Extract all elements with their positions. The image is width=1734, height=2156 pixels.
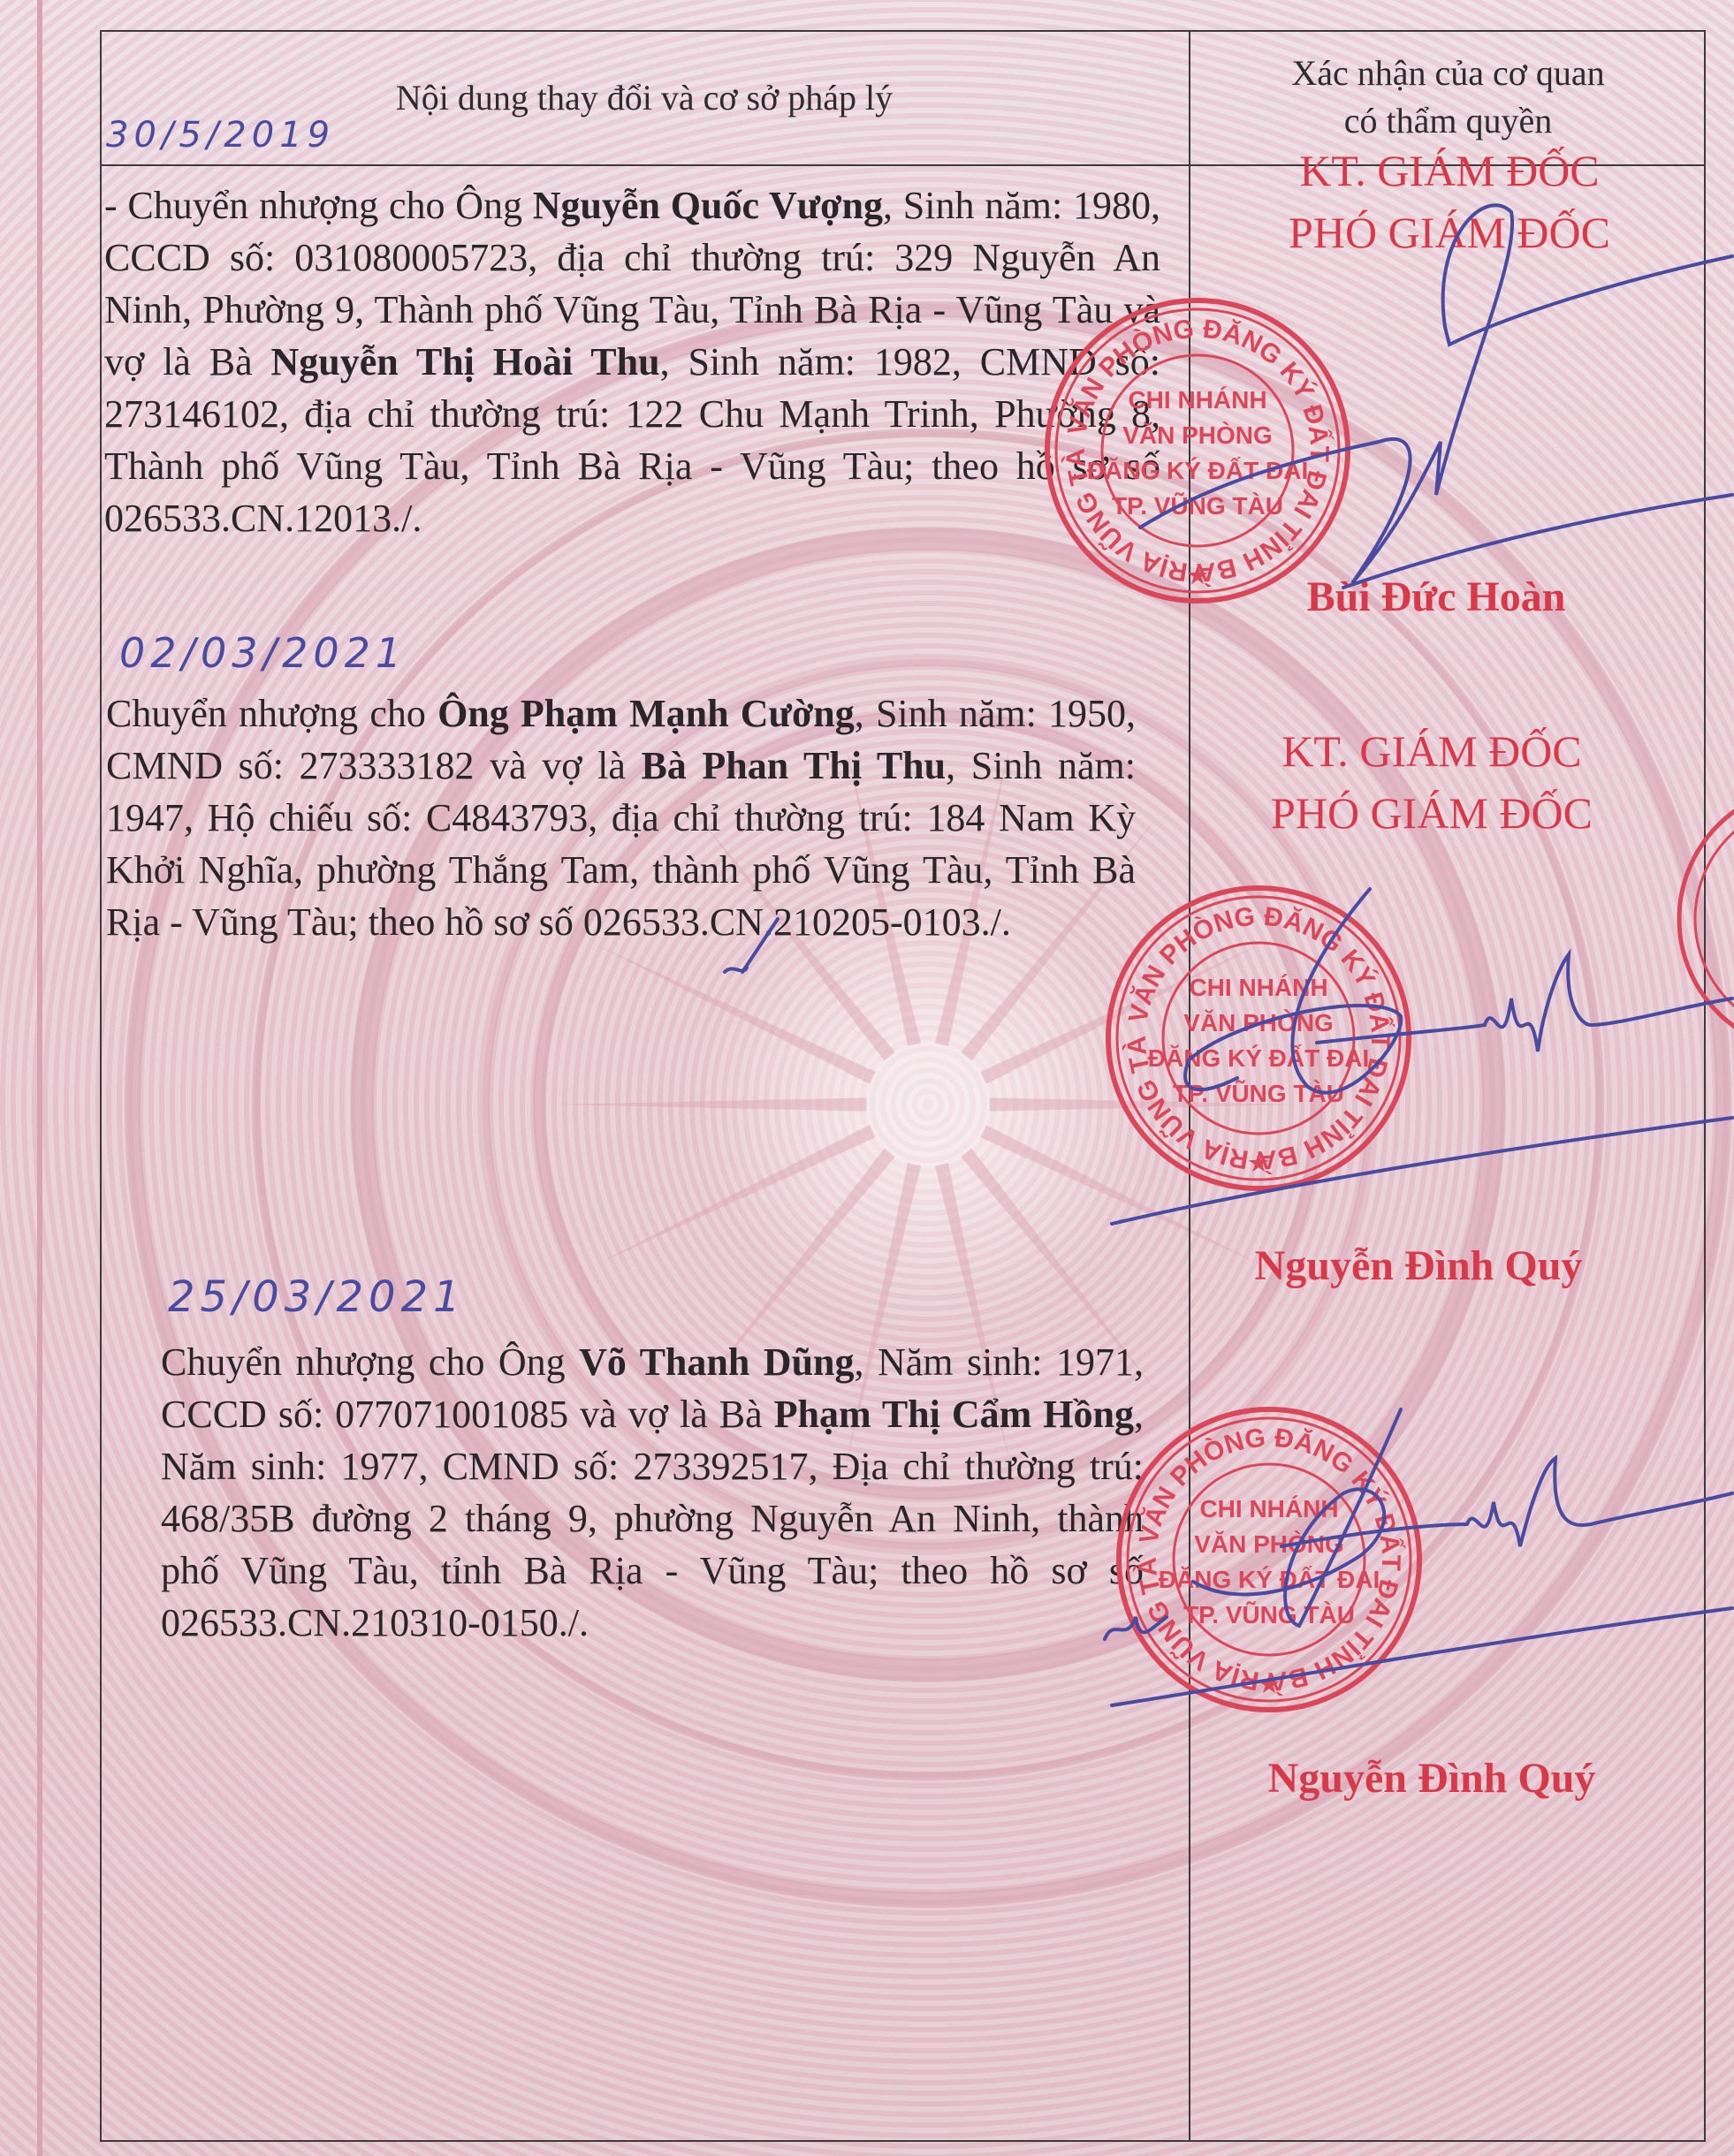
person-name: Nguyễn Quốc Vượng	[533, 184, 883, 227]
entry-text-segment: Chuyển nhượng cho Ông	[161, 1340, 579, 1384]
handwritten-date-2: 02/03/2021	[119, 629, 407, 677]
person-name: Phạm Thị Cẩm Hồng	[774, 1393, 1134, 1436]
person-name: Nguyễn Thị Hoài Thu	[271, 340, 660, 383]
confirmation-1-signer: Bùi Đức Hoàn	[1202, 573, 1670, 621]
header-right-line1: Xác nhận của cơ quan	[1291, 49, 1604, 97]
person-name: Võ Thanh Dũng	[579, 1340, 854, 1384]
confirmation-2-title1: KT. GIÁM ĐỐC	[1202, 720, 1662, 782]
person-name: Ông Phạm Mạnh Cường	[437, 692, 855, 735]
entry-2-text: Chuyển nhượng cho Ông Phạm Mạnh Cường, S…	[106, 687, 1136, 948]
confirmation-1-title1: KT. GIÁM ĐỐC	[1202, 140, 1697, 201]
confirmation-3-signer: Nguyễn Đình Quý	[1224, 1754, 1639, 1803]
page-edge-border	[37, 0, 42, 2156]
confirmation-1-title2: PHÓ GIÁM ĐỐC	[1202, 201, 1697, 263]
confirmation-1-title: KT. GIÁM ĐỐC PHÓ GIÁM ĐỐC	[1202, 140, 1697, 263]
entry-1-text: - Chuyển nhượng cho Ông Nguyễn Quốc Vượn…	[104, 179, 1160, 544]
header-right-line2: có thẩm quyền	[1344, 97, 1553, 145]
column-divider	[1189, 30, 1190, 2142]
confirmation-2-title2: PHÓ GIÁM ĐỐC	[1202, 782, 1662, 844]
entry-text-segment: Chuyển nhượng cho	[106, 692, 437, 735]
confirmation-2-signer: Nguyễn Đình Quý	[1211, 1241, 1626, 1290]
entry-text-segment: - Chuyển nhượng cho Ông	[104, 184, 533, 227]
entry-3-text: Chuyển nhượng cho Ông Võ Thanh Dũng, Năm…	[161, 1336, 1144, 1649]
handwritten-date-1: 30/5/2019	[106, 115, 335, 156]
confirmation-2-title: KT. GIÁM ĐỐC PHÓ GIÁM ĐỐC	[1202, 720, 1662, 844]
handwritten-date-3: 25/03/2021	[168, 1272, 466, 1322]
person-name: Bà Phan Thị Thu	[641, 744, 946, 787]
